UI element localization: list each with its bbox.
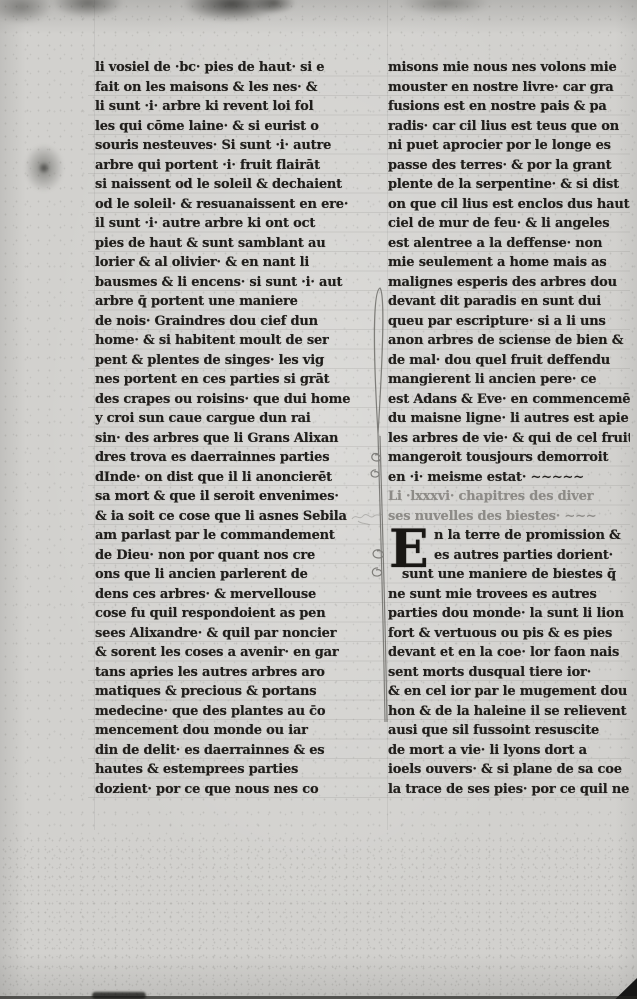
text-line: de mal· dou quel fruit deffendu: [388, 351, 630, 371]
text-line: souris nesteuves· Si sunt ·i· autre: [95, 136, 361, 156]
text-line: fusions est en nostre pais & pa: [388, 97, 630, 117]
text-line: mencement dou monde ou iar: [95, 721, 361, 741]
text-line: mangeroit tousjours demorroit: [388, 448, 630, 468]
text-line: si naissent od le soleil & dechaient: [95, 175, 361, 195]
text-line: parties dou monde· la sunt li lion: [388, 604, 630, 624]
text-line: est Adans & Eve· en commencemēt: [388, 390, 630, 410]
text-line: & ia soit ce cose que li asnes Sebila: [95, 507, 361, 527]
stain: [0, 0, 52, 24]
text-line: en ·i· meisme estat· ∼∼∼∼∼: [388, 468, 630, 488]
manuscript-page: li vosiel de ·bc· pies de haut· si efait…: [0, 0, 637, 999]
text-line: tans apries les autres arbres aro: [95, 663, 361, 683]
stain: [38, 162, 50, 174]
text-line: hautes & estemprees parties: [95, 760, 361, 780]
text-line: dens ces arbres· & mervellouse: [95, 585, 361, 605]
text-line: arbre qui portent ·i· fruit flairāt: [95, 156, 361, 176]
text-line: ausi que sil fussoint resuscite: [388, 721, 630, 741]
text-line: de Dieu· non por quant nos cre: [95, 546, 361, 566]
text-line: bausmes & li encens· si sunt ·i· aut: [95, 273, 361, 293]
text-line: nes portent en ces parties si grāt: [95, 370, 361, 390]
text-line: mouster en nostre livre· car gra: [388, 78, 630, 98]
text-line: passe des terres· & por la grant: [388, 156, 630, 176]
text-line: radis· car cil lius est teus que on: [388, 117, 630, 137]
text-line: y croi sun caue cargue dun rai: [95, 409, 361, 429]
text-line: ciel de mur de feu· & li angeles: [388, 214, 630, 234]
text-line: & sorent les coses a avenir· en gar: [95, 643, 361, 663]
text-line: ne sunt mie trovees es autres: [388, 585, 630, 605]
text-line: du maisne ligne· li autres est apie: [388, 409, 630, 429]
parchment-speckle: [0, 836, 637, 999]
text-line: la trace de ses pies· por ce quil ne: [388, 780, 630, 800]
decorated-initial-letter: E: [389, 521, 431, 579]
text-line: od le soleil· & resuanaissent en ere·: [95, 195, 361, 215]
text-line: mie seulement a home mais as: [388, 253, 630, 273]
stain: [24, 144, 64, 192]
text-line: plente de la serpentine· & si dist: [388, 175, 630, 195]
stain: [92, 992, 146, 999]
text-line: queu par escripture· si a li uns: [388, 312, 630, 332]
stain: [52, 0, 124, 18]
stain: [252, 0, 296, 14]
text-line: sent morts dusqual tiere ior·: [388, 663, 630, 683]
text-line: Li ·lxxxvi· chapitres des diver: [388, 487, 630, 507]
text-line: de mort a vie· li lyons dort a: [388, 741, 630, 761]
text-line: fait on les maisons & les nes· &: [95, 78, 361, 98]
left-text-column: li vosiel de ·bc· pies de haut· si efait…: [95, 58, 361, 799]
text-line: dres trova es daerrainnes parties: [95, 448, 361, 468]
text-line: pent & plentes de singes· les vig: [95, 351, 361, 371]
text-line: est alentree a la deffense· non: [388, 234, 630, 254]
text-line: cose fu quil respondoient as pen: [95, 604, 361, 624]
text-line: on que cil lius est enclos dus haut: [388, 195, 630, 215]
text-line: hon & de la haleine il se relievent: [388, 702, 630, 722]
text-line: medecine· que des plantes au c̄o: [95, 702, 361, 722]
text-line: arbre q̄ portent une maniere: [95, 292, 361, 312]
text-line: pies de haut & sunt samblant au: [95, 234, 361, 254]
text-line: matiques & precious & portans: [95, 682, 361, 702]
text-line: am parlast par le commandement: [95, 526, 361, 546]
text-line: sa mort & que il seroit envenimes·: [95, 487, 361, 507]
right-text-column: misons mie nous nes volons miemouster en…: [388, 58, 630, 799]
text-line: des crapes ou roisins· que dui home: [95, 390, 361, 410]
text-line: li sunt ·i· arbre ki revent loi fol: [95, 97, 361, 117]
text-line: de nois· Graindres dou cief dun: [95, 312, 361, 332]
text-line: les qui cōme laine· & si eurist o: [95, 117, 361, 137]
text-line: home· & si habitent moult de ser: [95, 331, 361, 351]
text-line: il sunt ·i· autre arbre ki ont oct: [95, 214, 361, 234]
text-line: lorier & al olivier· & en nant li: [95, 253, 361, 273]
text-line: devant dit paradis en sunt dui: [388, 292, 630, 312]
text-line: anon arbres de sciense de bien &: [388, 331, 630, 351]
text-line: devant et en la coe· lor faon nais: [388, 643, 630, 663]
text-line: malignes esperis des arbres dou: [388, 273, 630, 293]
text-line: les arbres de vie· & qui de cel fruit: [388, 429, 630, 449]
text-line: sees Alixandre· & quil par noncier: [95, 624, 361, 644]
text-line: fort & vertuous ou pis & es pies: [388, 624, 630, 644]
text-line: dInde· on dist que il li anoncierēt: [95, 468, 361, 488]
photo-corner-shadow: [610, 971, 637, 999]
text-line: misons mie nous nes volons mie: [388, 58, 630, 78]
text-line: ioels ouvers· & si plane de sa coe: [388, 760, 630, 780]
text-line: dozient· por ce que nous nes co: [95, 780, 361, 800]
text-line: & en cel ior par le mugement dou: [388, 682, 630, 702]
stain: [182, 0, 282, 22]
text-line: ni puet aprocier por le longe es: [388, 136, 630, 156]
text-line: mangierent li ancien pere· ce: [388, 370, 630, 390]
text-line: li vosiel de ·bc· pies de haut· si e: [95, 58, 361, 78]
text-line: sin· des arbres que li Grans Alixan: [95, 429, 361, 449]
stain: [400, 0, 490, 16]
text-line: ons que li ancien parlerent de: [95, 565, 361, 585]
text-line: din de delit· es daerrainnes & es: [95, 741, 361, 761]
